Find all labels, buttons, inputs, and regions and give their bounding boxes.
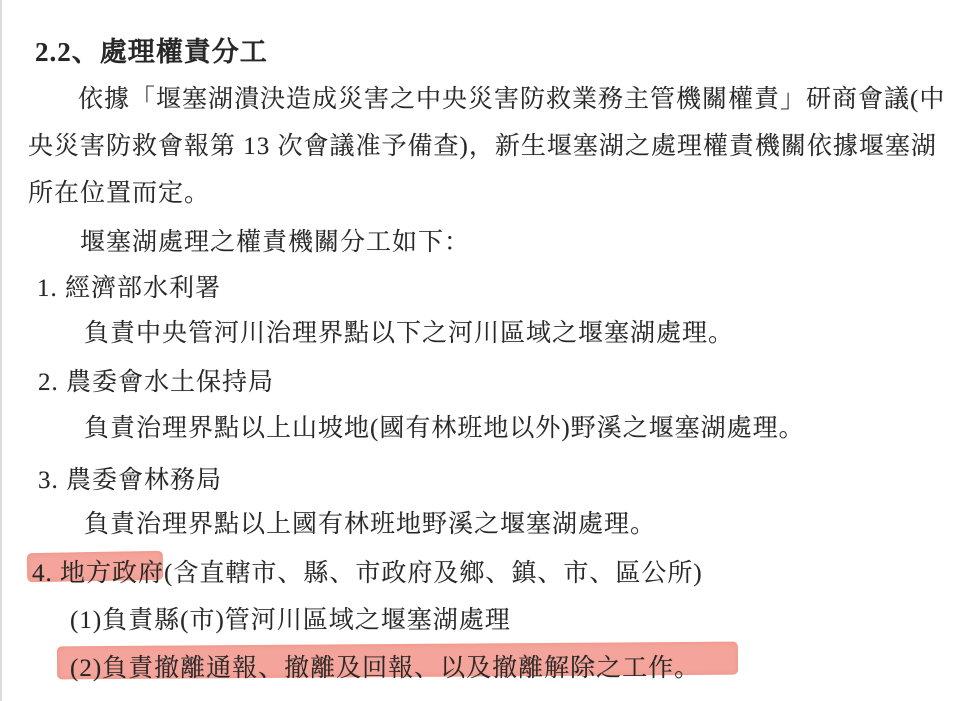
- local-gov-title: 4. 地方政府(含直轄市、縣、市政府及鄉、鎮、市、區公所): [32, 553, 703, 589]
- local-gov-duty-1: (1)負責縣(市)管河川區域之堰塞湖處理: [70, 600, 511, 636]
- local-gov-duty-2-highlighted: (2)負責撤離通報、撤離及回報、以及撤離解除之工作。: [70, 648, 700, 684]
- scan-edge-artifact: [0, 0, 2, 701]
- local-gov-title-rest: (含直轄市、縣、市政府及鄉、鎮、市、區公所): [164, 560, 703, 587]
- local-gov-title-highlighted: 4. 地方政府: [32, 560, 164, 587]
- agency-3-duty: 負責治理界點以上國有林班地野溪之堰塞湖處理。: [84, 504, 656, 540]
- document-page: 2.2、處理權責分工 依據「堰塞湖潰決造成災害之中央災害防救業務主管機關權責」研…: [0, 0, 972, 701]
- intro-line-2: 央災害防救會報第 13 次會議准予備查)，新生堰塞湖之處理權責機關依據堰塞湖: [28, 126, 937, 162]
- intro-line-3: 所在位置而定。: [28, 173, 210, 209]
- agency-1-title: 1. 經濟部水利署: [37, 268, 221, 304]
- section-heading: 2.2、處理權責分工: [35, 30, 268, 69]
- agency-1-duty: 負責中央管河川治理界點以下之河川區域之堰塞湖處理。: [84, 313, 734, 349]
- list-intro: 堰塞湖處理之權責機關分工如下：: [80, 222, 470, 258]
- agency-2-title: 2. 農委會水土保持局: [38, 362, 274, 398]
- agency-2-duty: 負責治理界點以上山坡地(國有林班地以外)野溪之堰塞湖處理。: [84, 408, 805, 444]
- agency-3-title: 3. 農委會林務局: [38, 460, 222, 496]
- intro-line-1: 依據「堰塞湖潰決造成災害之中央災害防救業務主管機關權責」研商會議(中: [78, 79, 945, 115]
